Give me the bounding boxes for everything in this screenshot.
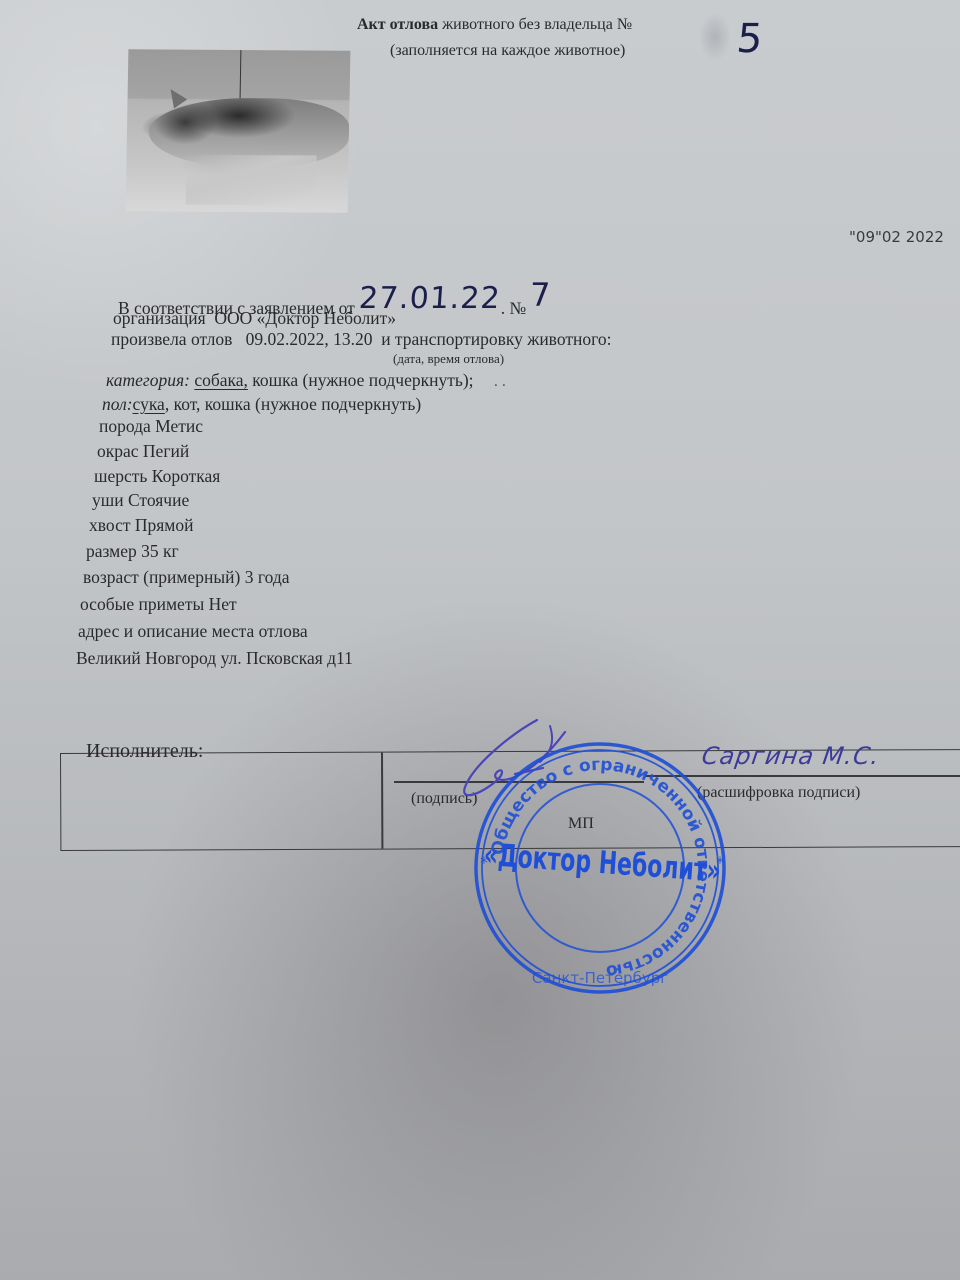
statement-number-handwritten: 7	[530, 276, 550, 314]
category-label: категория:	[106, 370, 190, 390]
category-line: категория: собака, кошка (нужное подчерк…	[106, 370, 506, 391]
sex-selected: сука	[133, 394, 165, 414]
capture-line: произвела отлов 09.02.2022, 13.20 и тран…	[111, 329, 611, 350]
capture-suffix: и транспортировку животного:	[381, 329, 611, 349]
table-column-divider	[381, 753, 383, 849]
field-label: уши	[92, 490, 124, 510]
dog-legs-shape	[186, 155, 317, 206]
field-label: размер	[86, 541, 137, 561]
field-value: Нет	[209, 594, 237, 614]
act-number-handwritten: 5	[735, 16, 765, 62]
location-label: адрес и описание места отлова	[78, 621, 308, 642]
field-value: Пегий	[143, 441, 189, 461]
field-value: Короткая	[152, 466, 221, 486]
field-special-marks: особые приметы Нет	[80, 594, 237, 615]
statement-number-label: . №	[501, 298, 526, 318]
title-rest: животного без владельца №	[438, 16, 632, 33]
field-label: хвост	[89, 515, 131, 535]
field-coat: шерсть Короткая	[94, 466, 220, 487]
sex-other: , кот, кошка	[165, 394, 251, 414]
category-other: кошка	[252, 370, 298, 390]
field-value: 35 кг	[141, 541, 179, 561]
photo-wall-seam	[240, 50, 242, 102]
document-subtitle: (заполняется на каждое животное)	[390, 42, 625, 60]
document-title: Акт отлова животного без владельца №	[357, 16, 632, 34]
sex-hint: (нужное подчеркнуть)	[255, 394, 421, 414]
field-color: окрас Пегий	[97, 441, 189, 462]
field-age: возраст (примерный) 3 года	[83, 567, 290, 588]
field-value: Метис	[155, 416, 203, 436]
animal-photo	[126, 49, 351, 213]
organization-label: организация	[113, 308, 206, 328]
organization-line: организация ООО «Доктор Неболит»	[113, 308, 396, 329]
stray-marks: . .	[478, 373, 506, 390]
sex-label: пол:	[102, 394, 133, 414]
organization-value: ООО «Доктор Неболит»	[214, 308, 396, 328]
field-value: Прямой	[135, 515, 194, 535]
capture-hint: (дата, время отлова)	[393, 351, 504, 367]
field-label: особые приметы	[80, 594, 204, 614]
category-selected: собака,	[194, 370, 248, 390]
stamp-center-text: «Доктор Неболит»	[483, 837, 722, 889]
field-size: размер 35 кг	[86, 541, 179, 562]
executor-label: Исполнитель:	[86, 740, 203, 763]
field-ears: уши Стоячие	[92, 490, 189, 511]
field-tail: хвост Прямой	[89, 515, 194, 536]
field-value: 3 года	[245, 567, 290, 587]
category-hint: (нужное подчеркнуть);	[303, 370, 474, 390]
field-label: окрас	[97, 441, 139, 461]
field-breed: порода Метис	[99, 416, 203, 437]
sex-line: пол:сука, кот, кошка (нужное подчеркнуть…	[102, 394, 421, 415]
stamp-city-text: Санкт-Петербург	[532, 969, 668, 987]
title-bold: Акт отлова	[357, 16, 438, 33]
field-value: Стоячие	[128, 490, 189, 510]
field-label: возраст (примерный)	[83, 567, 240, 587]
document-date: "09"02 2022	[849, 228, 944, 246]
capture-datetime: 09.02.2022, 13.20	[246, 329, 373, 349]
field-label: порода	[99, 416, 151, 436]
blurred-number-area	[700, 14, 730, 60]
location-value: Великий Новгород ул. Псковская д11	[76, 648, 353, 669]
company-stamp: Общество с ограниченной ответственностью…	[470, 738, 730, 998]
field-label: шерсть	[94, 466, 147, 486]
capture-label: произвела отлов	[111, 329, 232, 349]
